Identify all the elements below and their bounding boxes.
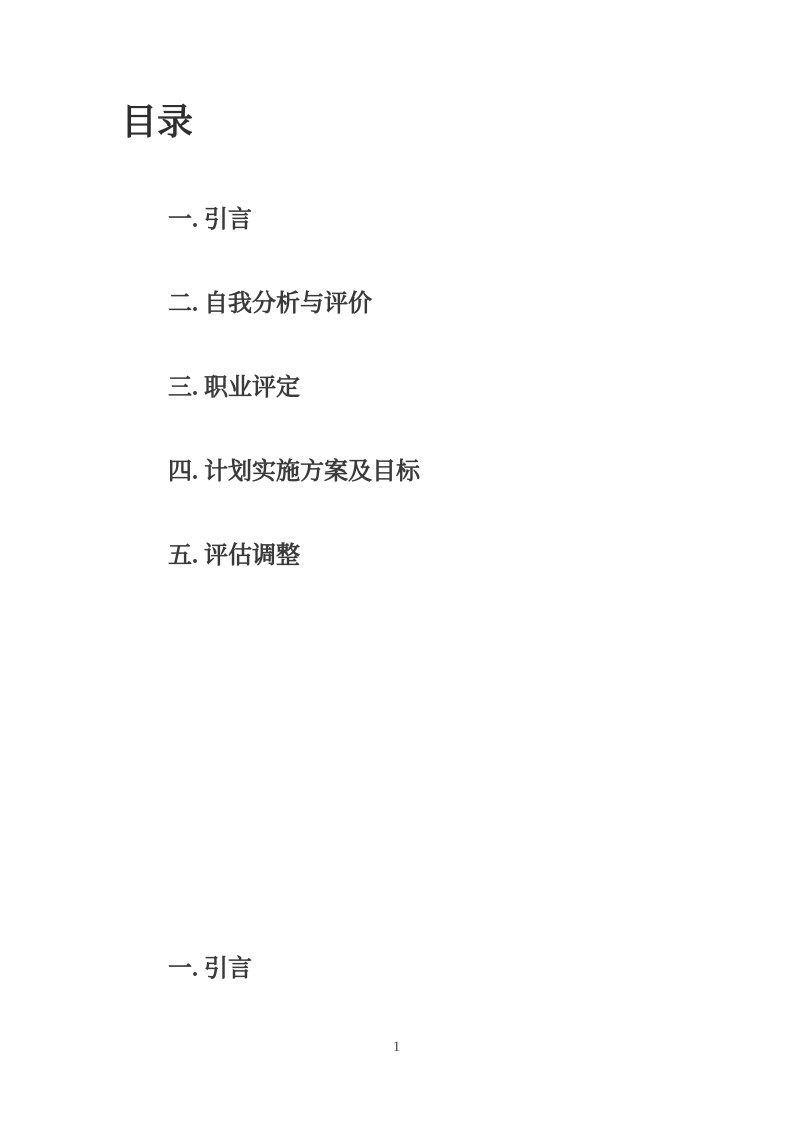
toc-item-introduction: 一. 引言 bbox=[168, 206, 420, 234]
section-heading-introduction: 一. 引言 bbox=[168, 955, 252, 983]
toc-item-evaluation-adjustment: 五. 评估调整 bbox=[168, 542, 420, 570]
page-number: 1 bbox=[393, 1039, 401, 1055]
toc-list: 一. 引言 二. 自我分析与评价 三. 职业评定 四. 计划实施方案及目标 五.… bbox=[168, 206, 420, 626]
page-footer: 1 bbox=[0, 1038, 793, 1056]
document-page: 目录 一. 引言 二. 自我分析与评价 三. 职业评定 四. 计划实施方案及目标… bbox=[0, 0, 793, 1122]
toc-title: 目录 bbox=[121, 102, 193, 143]
toc-item-self-analysis: 二. 自我分析与评价 bbox=[168, 290, 420, 318]
toc-item-career-assessment: 三. 职业评定 bbox=[168, 374, 420, 402]
toc-item-implementation-plan: 四. 计划实施方案及目标 bbox=[168, 458, 420, 486]
